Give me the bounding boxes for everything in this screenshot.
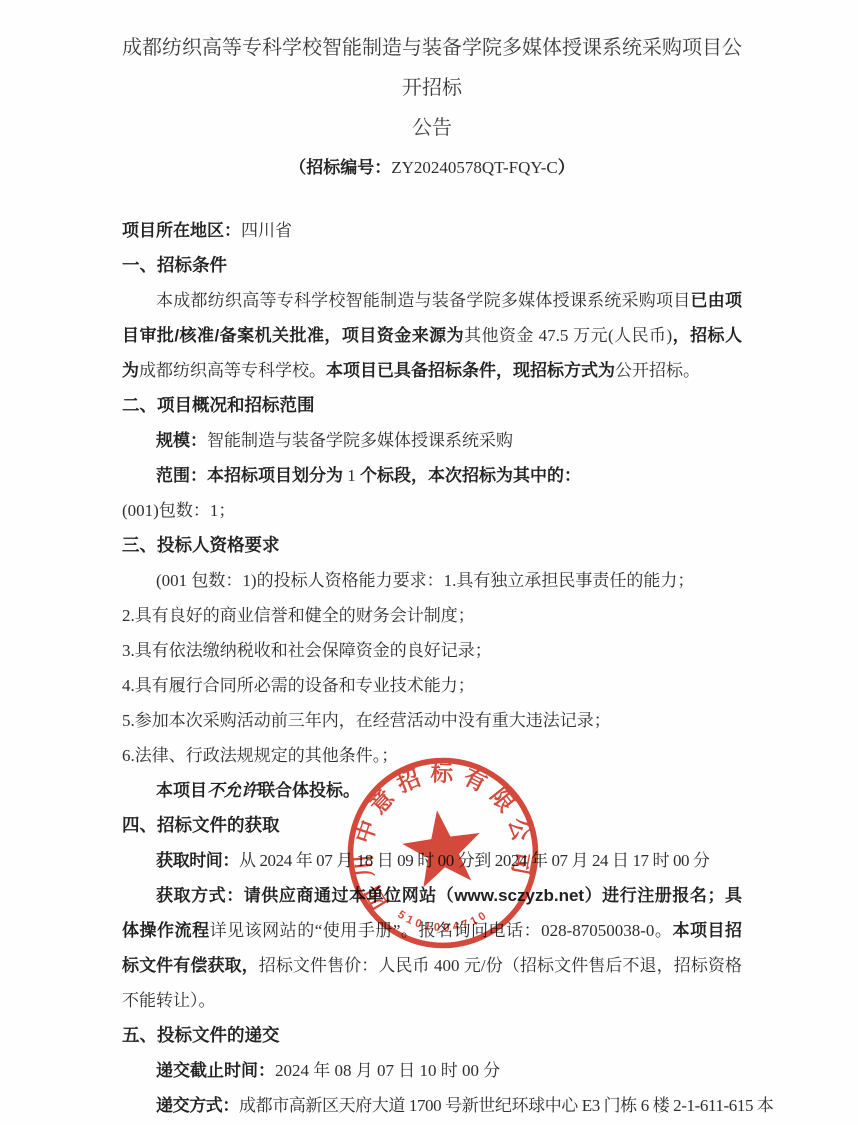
document-title-line2: 公告 [122,108,742,148]
section-heading-bidding-conditions: 一、招标条件 [122,248,742,283]
text-segment-bold: 本项目已具备招标条件，现招标方式为 [326,361,615,380]
tender-announcement-document: 成都纺织高等专科学校智能制造与装备学院多媒体授课系统采购项目公开招标 公告 （招… [0,0,858,1125]
submission-method-label: 递交方式： [156,1096,239,1115]
section-heading-bidder-qualifications: 三、投标人资格要求 [122,528,742,563]
project-region-line: 项目所在地区：四川省 [122,213,742,248]
submission-method-value: 成都市高新区天府大道 1700 号新世纪环球中心 E3 门栋 6 楼 2-1-6… [239,1096,774,1115]
text-segment-italic: 不允许 [207,781,258,800]
document-title-line1: 成都纺织高等专科学校智能制造与装备学院多媒体授课系统采购项目公开招标 [122,28,742,108]
scale-label: 规模： [156,431,207,450]
qualification-intro-line: (001 包数：1)的投标人资格能力要求：1.具有独立承担民事责任的能力； [122,563,742,598]
text-segment: 成都纺织高等专科学校。 [139,361,326,380]
acquisition-time-line: 获取时间：从 2024 年 07 月 18 日 09 时 00 分到 2024 … [122,843,742,878]
text-segment-bold: 联合体投标。 [258,781,360,800]
qualification-item: 5.参加本次采购活动前三年内，在经营活动中没有重大违法记录； [122,703,742,738]
text-segment: 1 [343,466,360,485]
scale-value: 智能制造与装备学院多媒体授课系统采购 [207,431,513,450]
text-segment-bold: 本招标项目划分为 [207,466,343,485]
text-segment: 本成都纺织高等专科学校智能制造与装备学院多媒体授课系统采购项目 [156,291,691,310]
submission-method-line: 递交方式：成都市高新区天府大道 1700 号新世纪环球中心 E3 门栋 6 楼 … [122,1088,742,1123]
text-segment-bold: 个标段，本次招标为其中的： [360,466,581,485]
qualification-item: 2.具有良好的商业信誉和健全的财务会计制度； [122,598,742,633]
qualification-item: 6.法律、行政法规规定的其他条件。； [122,738,742,773]
submission-deadline-label: 递交截止时间： [156,1061,275,1080]
project-scope-line: 范围：本招标项目划分为 1 个标段，本次招标为其中的： [122,458,742,493]
text-segment: 详见该网站的“使用手册”。报名询问电话：028-87050038-0。 [210,921,673,940]
submission-deadline-line: 递交截止时间：2024 年 08 月 07 日 10 时 00 分 [122,1053,742,1088]
acquisition-method-paragraph: 获取方式：请供应商通过本单位网站（www.sczyzb.net）进行注册报名；具… [122,878,742,1018]
submission-deadline-value: 2024 年 08 月 07 日 10 时 00 分 [275,1061,500,1080]
acquisition-method-label: 获取方式： [156,886,244,905]
text-segment-bold: 本项目 [156,781,207,800]
scope-label: 范围： [156,466,207,485]
bid-number-line: （招标编号：ZY20240578QT-FQY-C） [122,150,742,186]
qualification-item: 3.具有依法缴纳税收和社会保障资金的良好记录； [122,633,742,668]
region-label: 项目所在地区： [122,221,241,240]
text-segment: 公开招标。 [615,361,700,380]
bid-number-label: （招标编号： [289,158,391,177]
project-scale-line: 规模：智能制造与装备学院多媒体授课系统采购 [122,423,742,458]
package-count-line: (001)包数：1； [122,493,742,528]
section-heading-bid-submission: 五、投标文件的递交 [122,1018,742,1053]
text-segment: 其他资金 47.5 万元(人民币) [464,326,672,345]
acquisition-time-value: 从 2024 年 07 月 18 日 09 时 00 分到 2024 年 07 … [239,851,710,870]
bid-number-close: ） [558,158,575,177]
bidding-conditions-paragraph: 本成都纺织高等专科学校智能制造与装备学院多媒体授课系统采购项目已由项目审批/核准… [122,283,742,388]
acquisition-time-label: 获取时间： [156,851,239,870]
region-value: 四川省 [241,221,292,240]
bid-number-value: ZY20240578QT-FQY-C [391,158,558,177]
section-heading-project-overview: 二、项目概况和招标范围 [122,388,742,423]
document-content: 成都纺织高等专科学校智能制造与装备学院多媒体授课系统采购项目公开招标 公告 （招… [122,28,742,1123]
section-heading-document-acquisition: 四、招标文件的获取 [122,808,742,843]
qualification-item: 4.具有履行合同所必需的设备和专业技术能力； [122,668,742,703]
joint-venture-line: 本项目不允许联合体投标。 [122,773,742,808]
